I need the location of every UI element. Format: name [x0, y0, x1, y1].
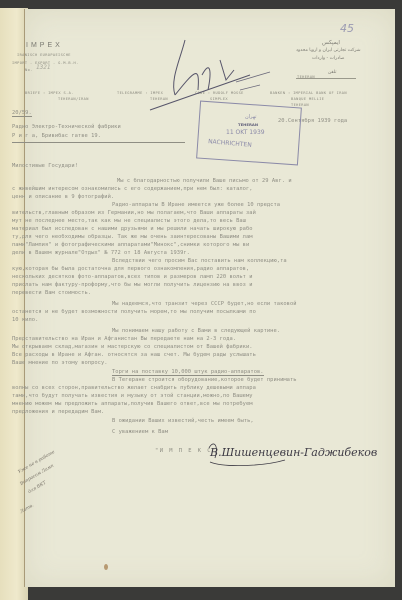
- body-line: Торги на поставку 10,000 штук радио-аппа…: [112, 369, 264, 376]
- reference-number: 20/59.: [12, 110, 32, 117]
- body-line: волны со всех сторон,правительство желае…: [12, 385, 256, 391]
- body-line: мут не последнее место,так как мы не спе…: [12, 218, 246, 224]
- body-line: 10 кило.: [12, 317, 38, 323]
- body-line: Представительство на Иран и Афганистан В…: [12, 336, 236, 342]
- stamp-persian: تهران: [245, 114, 257, 120]
- body-line: Мы открываем склад,магазин и мастерскую …: [12, 344, 253, 350]
- body-line: дели в Вашем журнале"Отдых" № 772 от 18 …: [12, 250, 190, 256]
- body-line: Ваше мнение по этому вопросу.: [12, 360, 108, 366]
- body-line: кую,которая бы была достаточна для перво…: [12, 266, 249, 272]
- body-line: останется и не будет возможности получит…: [12, 309, 256, 315]
- signature-flourish: [205, 440, 365, 470]
- body-line: предложения и передадим Вам.: [12, 409, 104, 415]
- closing: С уважением к Вам: [112, 429, 168, 435]
- letterhead-bank: BANKEN : IMPERIAL BANK OF IRAN: [270, 91, 347, 95]
- body-line: пами"Лампия" и фотографическими аппарата…: [12, 242, 249, 248]
- body-line: нескольких десятков фото-аппаратов,всех …: [12, 274, 253, 280]
- body-line: Радио-аппараты В Иране имеется уже более…: [112, 202, 280, 208]
- ref-value: 1321: [36, 64, 50, 71]
- page-number: 45: [340, 22, 354, 35]
- body-line: материал был исследован с нашими друзьям…: [12, 226, 253, 232]
- body-line: вительств,главным образом из Германии,но…: [12, 210, 256, 216]
- persian-company: ایمپکس: [322, 40, 340, 46]
- body-line: прислать нам фактуру-проформу,что бы мы …: [12, 282, 253, 288]
- salutation: Милостивые Государи!: [12, 163, 78, 169]
- body-line: ценн и описание в 9 фотографий.: [12, 194, 114, 200]
- letterhead-sub1: IRANISCH EUROPAEISCHE: [17, 53, 71, 57]
- body-line: Мы с благодарностью получили Ваше письмо…: [117, 178, 292, 184]
- persian-line3: صادرات - واردات: [312, 56, 344, 61]
- body-line: Все расходы в Иране и Афган. относятся з…: [12, 352, 256, 358]
- persian-line2: شرکت تجارتی ایران و اروپا محدود: [296, 48, 360, 53]
- body-line: Мы понимаем нашу работу с Вами в следующ…: [112, 328, 280, 334]
- stamp-date: 11 OKT 1939: [226, 129, 265, 136]
- letterhead-city: TEHERAN: [297, 75, 315, 79]
- body-line: с живейшим интересом ознакомились с его …: [12, 186, 253, 192]
- addressee-rule: [12, 142, 185, 143]
- body-line: мнению можем мы предложить аппараты,полу…: [12, 401, 253, 407]
- letterhead-post: BRIEFE : IMPEX S.A.: [25, 91, 74, 95]
- body-line: Вследствии чего просим Вас поставить нам…: [112, 258, 287, 264]
- page-edge: [24, 9, 25, 587]
- ref-label: No.: [25, 68, 33, 72]
- letterhead-post2: TEHERAN/IRAN: [58, 97, 89, 101]
- paper-stain: [104, 564, 108, 570]
- body-line: В ожидании Ваших известий,честь имеем бы…: [112, 418, 254, 424]
- body-line: В Тегеране строится оборудование,которое…: [112, 377, 297, 383]
- body-line: перевести Вам стоимость.: [12, 290, 91, 296]
- body-line: Мы надеемся,что транзит через СССР будет…: [112, 301, 297, 307]
- company-logo-text: IMPEX: [26, 42, 63, 49]
- persian-line4: تلفن: [328, 70, 336, 75]
- body-line: тами,что будут получать известия и музык…: [12, 393, 253, 399]
- letterhead-bank2: BANQUE MELLIE: [291, 97, 324, 101]
- body-line: ту,для чего необходимы образцы. Так же м…: [12, 234, 253, 240]
- addressee-line1: Радио Электро-Технической фабрики: [12, 124, 121, 130]
- addressee-line2: Р и г а, Бривибас гатве 19.: [12, 133, 101, 139]
- stamp-city: TEHERAN: [238, 122, 258, 127]
